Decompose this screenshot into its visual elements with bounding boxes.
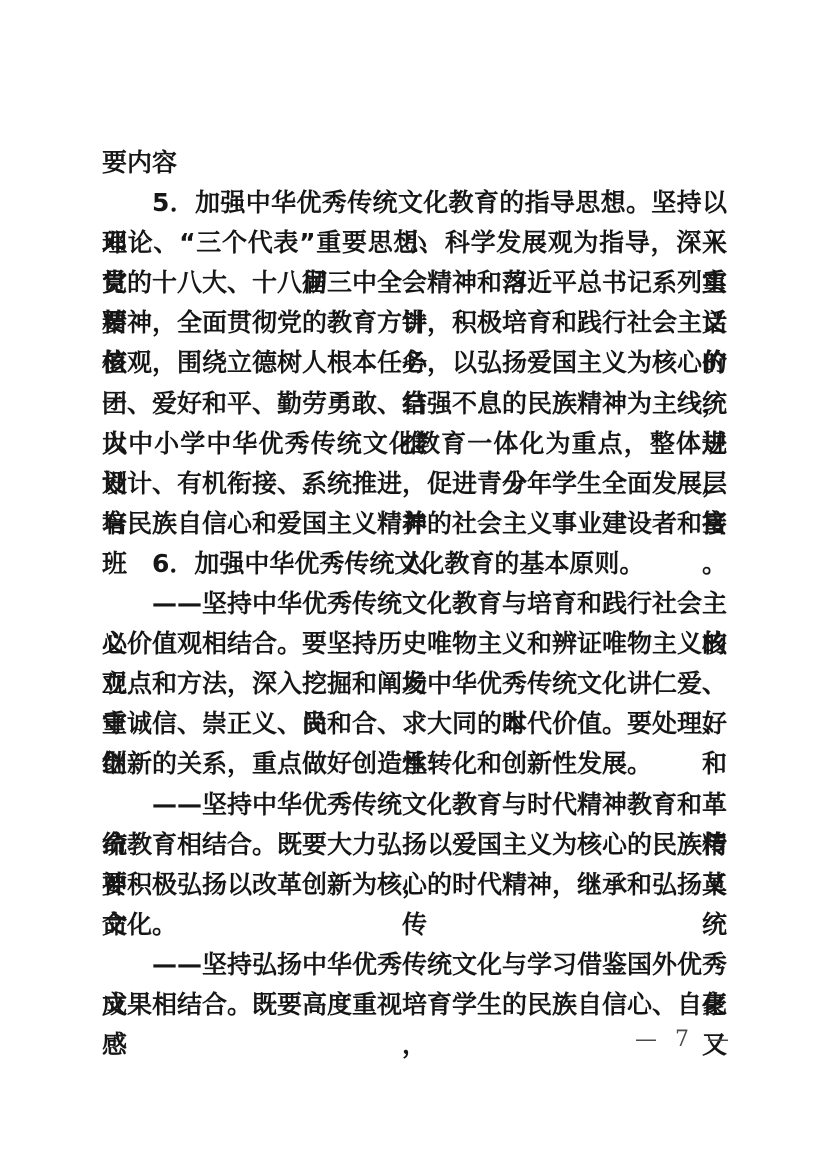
text-line: 要积极弘扬以改革创新为核心的时代精神，继承和弘扬革命传统 [102,865,727,905]
text-line: 6．加强中华优秀传统文化教育的基本原则。 [102,544,727,584]
text-line: ——坚持中华优秀传统文化教育与时代精神教育和革命传 [102,785,727,825]
page-number: — 7 — [635,1027,730,1052]
text-line: 理论、“三个代表”重要思想、科学发展观为指导，深入贯彻落实 [102,223,727,263]
text-line: ——坚持弘扬中华优秀传统文化与学习借鉴国外优秀文化 [102,945,727,985]
text-line: 设计、有机衔接、系统推进，促进青少年学生全面发展，培养富 [102,464,727,504]
text-line: 5．加强中华优秀传统文化教育的指导思想。坚持以邓小平 [102,183,727,223]
text-line: 有民族自信心和爱国主义精神的社会主义事业建设者和接班人。 [102,504,727,544]
text-line: 观点和方法，深入挖掘和阐发中华优秀传统文化讲仁爱、重民本、 [102,664,727,704]
document-page: 要内容5．加强中华优秀传统文化教育的指导思想。坚持以邓小平理论、“三个代表”重要… [0,0,827,1169]
text-block: 要内容5．加强中华优秀传统文化教育的指导思想。坚持以邓小平理论、“三个代表”重要… [102,143,727,1025]
text-line: 党的十八大、十八届三中全会精神和习近平总书记系列重要讲话 [102,263,727,303]
text-line: 一、爱好和平、勤劳勇敢、自强不息的民族精神为主线，以推进 [102,384,727,424]
text-line: 心价值观相结合。要坚持历史唯物主义和辨证唯物主义的立场、 [102,624,727,664]
text-line: 守诚信、崇正义、尚和合、求大同的时代价值。要处理好继承和 [102,704,727,744]
text-line: 成果相结合。既要高度重视培育学生的民族自信心、自豪感，又 [102,985,727,1025]
text-line: 要内容 [102,143,727,183]
text-line: 创新的关系，重点做好创造性转化和创新性发展。 [102,744,727,784]
text-line: 值观，围绕立德树人根本任务，以弘扬爱国主义为核心的团结统 [102,343,727,383]
text-line: ——坚持中华优秀传统文化教育与培育和践行社会主义核 [102,584,727,624]
text-line: 精神，全面贯彻党的教育方针，积极培育和践行社会主义核心价 [102,303,727,343]
text-line: 大中小学中华优秀传统文化教育一体化为重点，整体规划、分层 [102,424,727,464]
text-line: 统教育相结合。既要大力弘扬以爱国主义为核心的民族精神，又 [102,825,727,865]
